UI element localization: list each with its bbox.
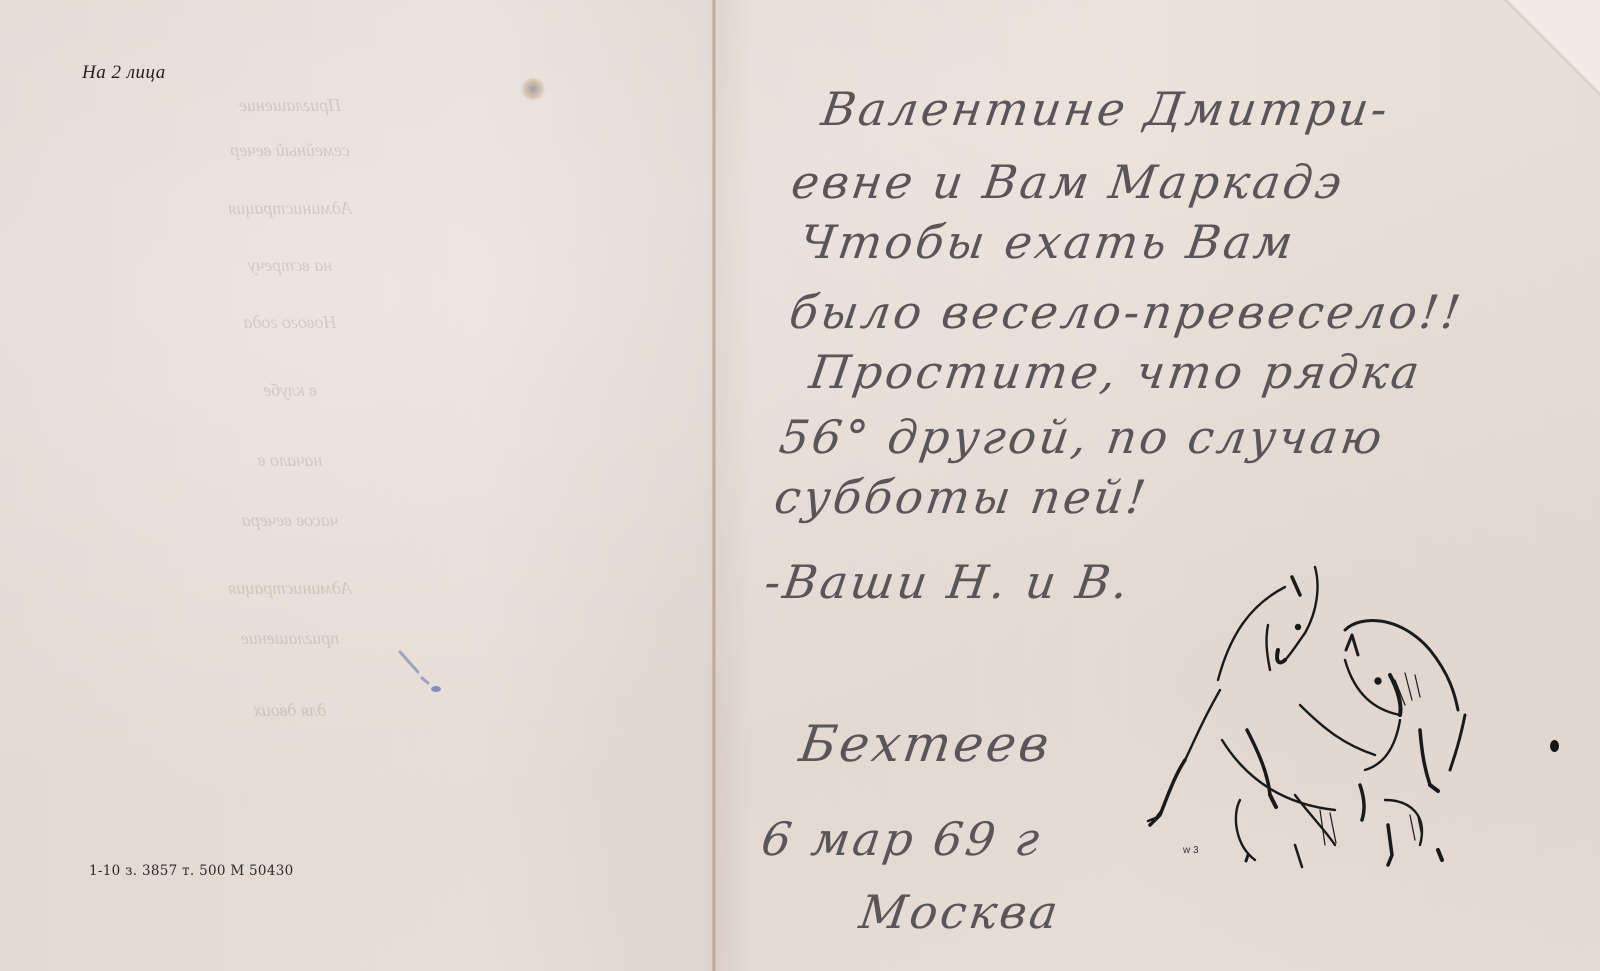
greeting-card: На 2 лица Приглашение семейный вечер Адм… [0,0,1600,971]
inscription-line: Валентине Дмитри- [818,82,1393,136]
bleed-through-line: Администрация [90,578,490,599]
inscription-line: было весело-превесело!! [786,285,1466,339]
bleed-through-line: для двоих [90,700,490,721]
ink-blot [1550,740,1559,752]
inscription-line: Чтобы ехать Вам [796,215,1299,269]
left-page: На 2 лица Приглашение семейный вечер Адм… [0,0,712,971]
bleed-through-line: приглашение [90,628,490,649]
bleed-through-line: семейный вечер [90,140,490,161]
bleed-through-line: в клубе [90,380,490,401]
inscription-line: субботы пей! [771,470,1152,524]
bleed-through-line: Нового года [90,312,490,333]
bleed-through-line: на встречу [90,255,490,276]
paper-stain [520,78,546,100]
inscription-line: 56° другой, по случаю [776,410,1388,464]
inscription-line: евне и Вам Маркадэ [788,155,1348,209]
horses-sketch [1120,555,1480,885]
inscription-line: Простите, что рядка [806,345,1425,399]
bleed-through-line: начало в [90,450,490,471]
print-header: На 2 лица [82,62,166,84]
bleed-through-line: Администрация [90,198,490,219]
printer-imprint: 1-10 з. 3857 т. 500 М 50430 [89,863,293,879]
signature-name: Бехтеев [796,715,1055,773]
blue-ink-mark [398,650,442,695]
place-line: Москва [856,885,1064,939]
bleed-through-line: Приглашение [90,95,490,116]
artist-mark: w 3 [1183,845,1199,856]
bleed-through-line: часов вечера [90,510,490,531]
date-line: 6 мар 69 г [758,812,1046,866]
signature-line: -Ваши Н. и В. [761,555,1134,609]
